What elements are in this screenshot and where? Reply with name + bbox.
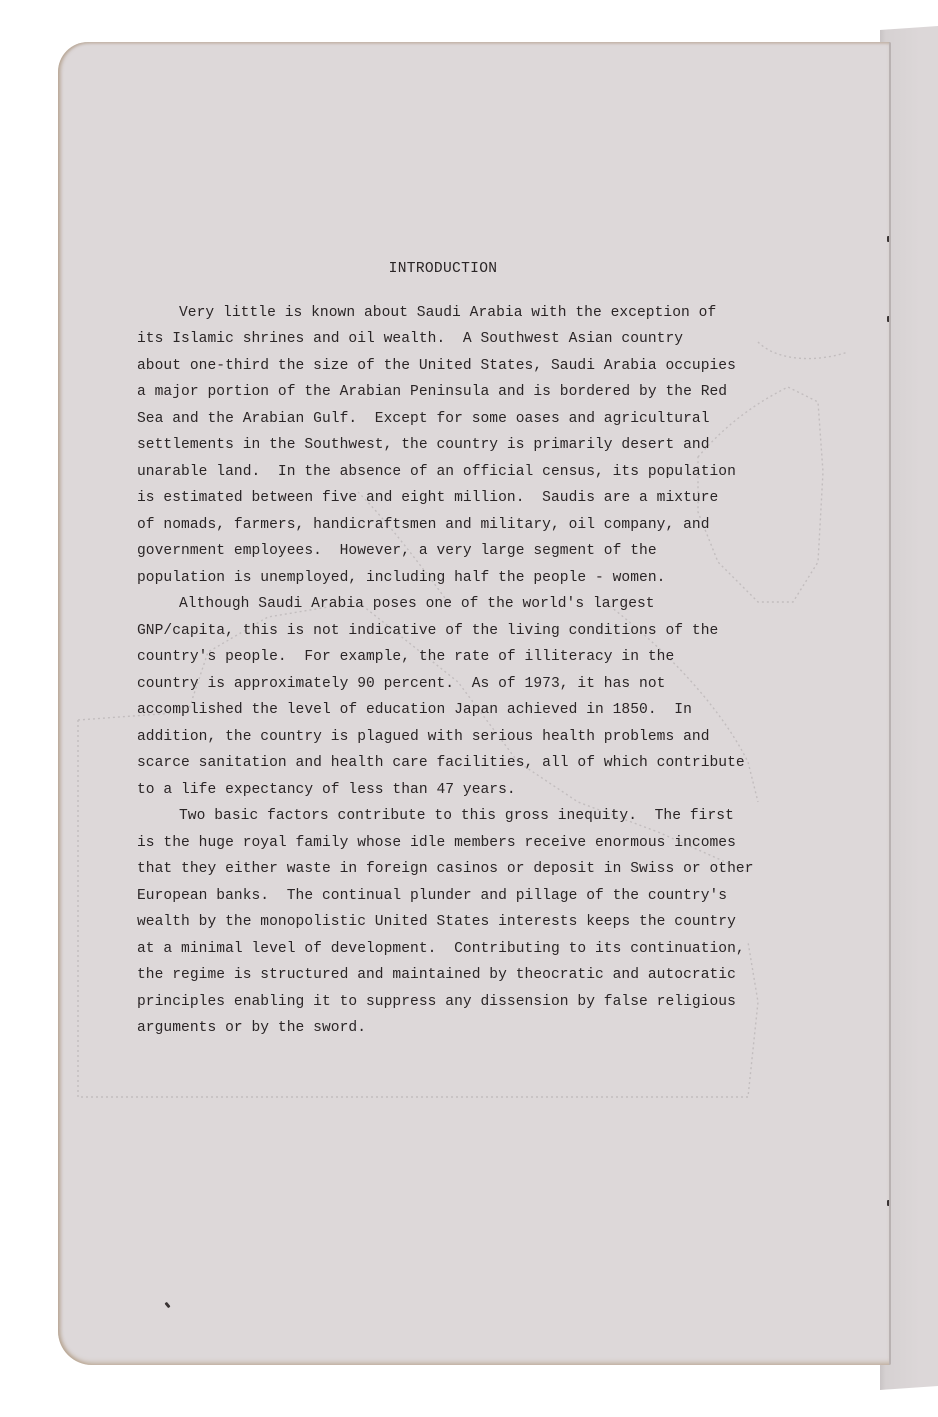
- text-line: principles enabling it to suppress any d…: [137, 989, 777, 1016]
- text-line: is estimated between five and eight mill…: [137, 485, 777, 512]
- text-line: is the huge royal family whose idle memb…: [137, 830, 777, 857]
- text-line: Sea and the Arabian Gulf. Except for som…: [137, 406, 777, 433]
- text-line: country's people. For example, the rate …: [137, 644, 777, 671]
- text-line: unarable land. In the absence of an offi…: [137, 459, 777, 486]
- text-line: wealth by the monopolistic United States…: [137, 909, 777, 936]
- ink-speck: [887, 316, 890, 322]
- text-line: Two basic factors contribute to this gro…: [137, 803, 777, 830]
- paragraph: Two basic factors contribute to this gro…: [137, 803, 777, 1042]
- text-line: at a minimal level of development. Contr…: [137, 936, 777, 963]
- text-line: government employees. However, a very la…: [137, 538, 777, 565]
- ink-speck: [887, 1200, 890, 1206]
- paragraph: Very little is known about Saudi Arabia …: [137, 300, 777, 592]
- text-line: its Islamic shrines and oil wealth. A So…: [137, 326, 777, 353]
- document-body: INTRODUCTION Very little is known about …: [137, 256, 777, 1042]
- text-line: to a life expectancy of less than 47 yea…: [137, 777, 777, 804]
- text-line: country is approximately 90 percent. As …: [137, 671, 777, 698]
- text-line: the regime is structured and maintained …: [137, 962, 777, 989]
- text-line: about one-third the size of the United S…: [137, 353, 777, 380]
- ink-speck: [887, 236, 890, 242]
- paragraphs: Very little is known about Saudi Arabia …: [137, 300, 777, 1042]
- text-line: that they either waste in foreign casino…: [137, 856, 777, 883]
- document-page: INTRODUCTION Very little is known about …: [58, 42, 891, 1365]
- text-line: scarce sanitation and health care facili…: [137, 750, 777, 777]
- paragraph: Although Saudi Arabia poses one of the w…: [137, 591, 777, 803]
- text-line: settlements in the Southwest, the countr…: [137, 432, 777, 459]
- ink-speck: [164, 1302, 170, 1309]
- text-line: arguments or by the sword.: [137, 1015, 777, 1042]
- text-line: accomplished the level of education Japa…: [137, 697, 777, 724]
- text-line: Very little is known about Saudi Arabia …: [137, 300, 777, 327]
- text-line: GNP/capita, this is not indicative of th…: [137, 618, 777, 645]
- text-line: European banks. The continual plunder an…: [137, 883, 777, 910]
- text-line: a major portion of the Arabian Peninsula…: [137, 379, 777, 406]
- text-line: population is unemployed, including half…: [137, 565, 777, 592]
- text-line: of nomads, farmers, handicraftsmen and m…: [137, 512, 777, 539]
- text-line: Although Saudi Arabia poses one of the w…: [137, 591, 777, 618]
- page-title: INTRODUCTION: [137, 256, 777, 283]
- text-line: addition, the country is plagued with se…: [137, 724, 777, 751]
